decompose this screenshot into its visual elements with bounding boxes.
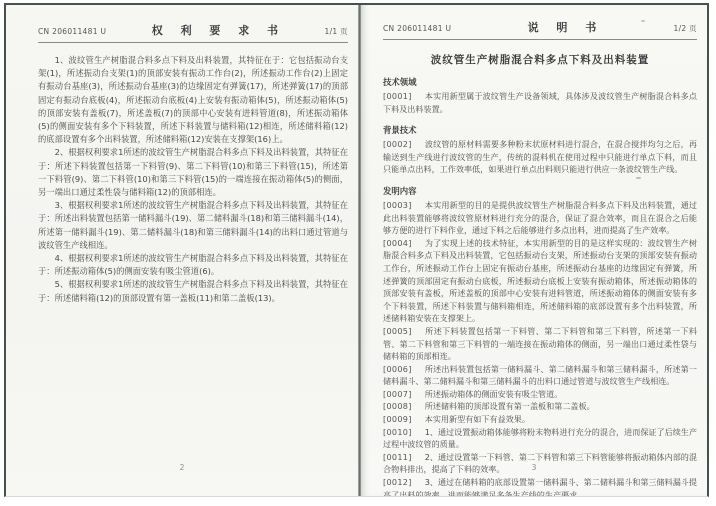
page-number-right: 3 [361,463,707,472]
spec-paragraph: [0001]本实用新型属于波纹管生产设备领域，具体涉及波纹管生产树脂混合料多点下… [383,90,697,115]
claims-page-title: 权 利 要 求 书 [152,22,285,38]
scanned-document: CN 206011481 U 权 利 要 求 书 1/1 页 1、波纹管生产树脂… [4,3,709,497]
spec-paragraph: [0010]1、通过设置振动箱体能够将粉末物料进行充分的混合，进而保证了后续生产… [383,426,697,451]
section-heading: 技术领域 [383,76,697,88]
claim-paragraph: 3、根据权利要求1所述的波纹管生产树脂混合料多点下料及出料装置，其特征在于：所述… [38,199,348,252]
claims-page: CN 206011481 U 权 利 要 求 书 1/1 页 1、波纹管生产树脂… [6,5,358,496]
paragraph-number: [0002] [383,139,412,149]
scan-artifact-mark [641,20,645,22]
paragraph-number: [0010] [383,427,412,437]
spec-paragraph: [0002]波纹管的原材料需要多种粉末状原材料进行混合，在混合搅拌均匀之后，再输… [383,138,697,176]
page-indicator-left: 1/1 页 [325,26,348,37]
patent-number-right: CN 206011481 U [383,24,451,33]
specification-page: CN 206011481 U 说 明 书 1/2 页 波纹管生产树脂混合料多点下… [361,5,707,496]
paragraph-number: [0006] [383,364,412,374]
paragraph-number: [0011] [383,452,412,462]
spec-paragraph: [0006]所述出料装置包括第一储料漏斗、第二储料漏斗和第三储料漏斗，所述第一储… [383,363,697,388]
spec-paragraph: [0008]所述储料箱的顶部设置有第一盖板和第二盖板。 [383,400,697,413]
paragraph-number: [0001] [383,91,412,101]
paragraph-number: [0003] [383,200,412,210]
spec-paragraph: [0003]本实用新型的目的是提供波纹管生产树脂混合料多点下料及出料装置，通过此… [383,199,697,237]
claims-page-header: CN 206011481 U 权 利 要 求 书 1/1 页 [38,22,348,38]
section-heading: 发明内容 [383,185,697,197]
paragraph-number: [0007] [383,389,412,399]
claim-paragraph: 2、根据权利要求1所述的波纹管生产树脂混合料多点下料及出料装置，其特征在于：所述… [38,146,348,199]
spec-paragraph: [0004]为了实现上述的技术特征，本实用新型的目的是这样实现的：波纹管生产树脂… [383,237,697,325]
spec-page-header: CN 206011481 U 说 明 书 1/2 页 [383,19,697,35]
specification-body: 技术领域[0001]本实用新型属于波纹管生产设备领域，具体涉及波纹管生产树脂混合… [383,76,697,496]
paragraph-number: [0009] [383,414,412,424]
page-indicator-right: 1/2 页 [674,23,697,34]
paragraph-number: [0012] [383,477,412,487]
spec-paragraph: [0012]3、通过在储料箱的底部设置第一储料漏斗、第二储料漏斗和第三储料漏斗提… [383,476,697,496]
patent-number-left: CN 206011481 U [38,27,106,36]
scan-artifact-smudge [636,177,641,179]
spec-paragraph: [0007]所述振动箱体的侧面安装有吸尘管道。 [383,388,697,401]
header-rule-right [383,39,697,40]
paragraph-number: [0005] [383,326,412,336]
paragraph-number: [0008] [383,401,412,411]
spec-paragraph: [0009]本实用新型有如下有益效果。 [383,413,697,426]
claims-body: 1、波纹管生产树脂混合料多点下料及出料装置，其特征在于：它包括振动台支架(1)，… [38,54,348,305]
spec-paragraph: [0005]所述下料装置包括第一下料管、第二下料管和第三下料管，所述第一下料管、… [383,325,697,363]
invention-title: 波纹管生产树脂混合料多点下料及出料装置 [383,52,697,67]
paragraph-number: [0004] [383,238,412,248]
claim-paragraph: 1、波纹管生产树脂混合料多点下料及出料装置，其特征在于：它包括振动台支架(1)，… [38,54,348,146]
claim-paragraph: 5、根据权利要求1所述的波纹管生产树脂混合料多点下料及出料装置，其特征在于：所述… [38,278,348,304]
claim-paragraph: 4、根据权利要求1所述的波纹管生产树脂混合料多点下料及出料装置，其特征在于：所述… [38,252,348,278]
header-rule-left [38,42,348,43]
spec-page-title: 说 明 书 [528,19,604,35]
section-heading: 背景技术 [383,124,697,136]
page-number-left: 2 [6,463,358,472]
